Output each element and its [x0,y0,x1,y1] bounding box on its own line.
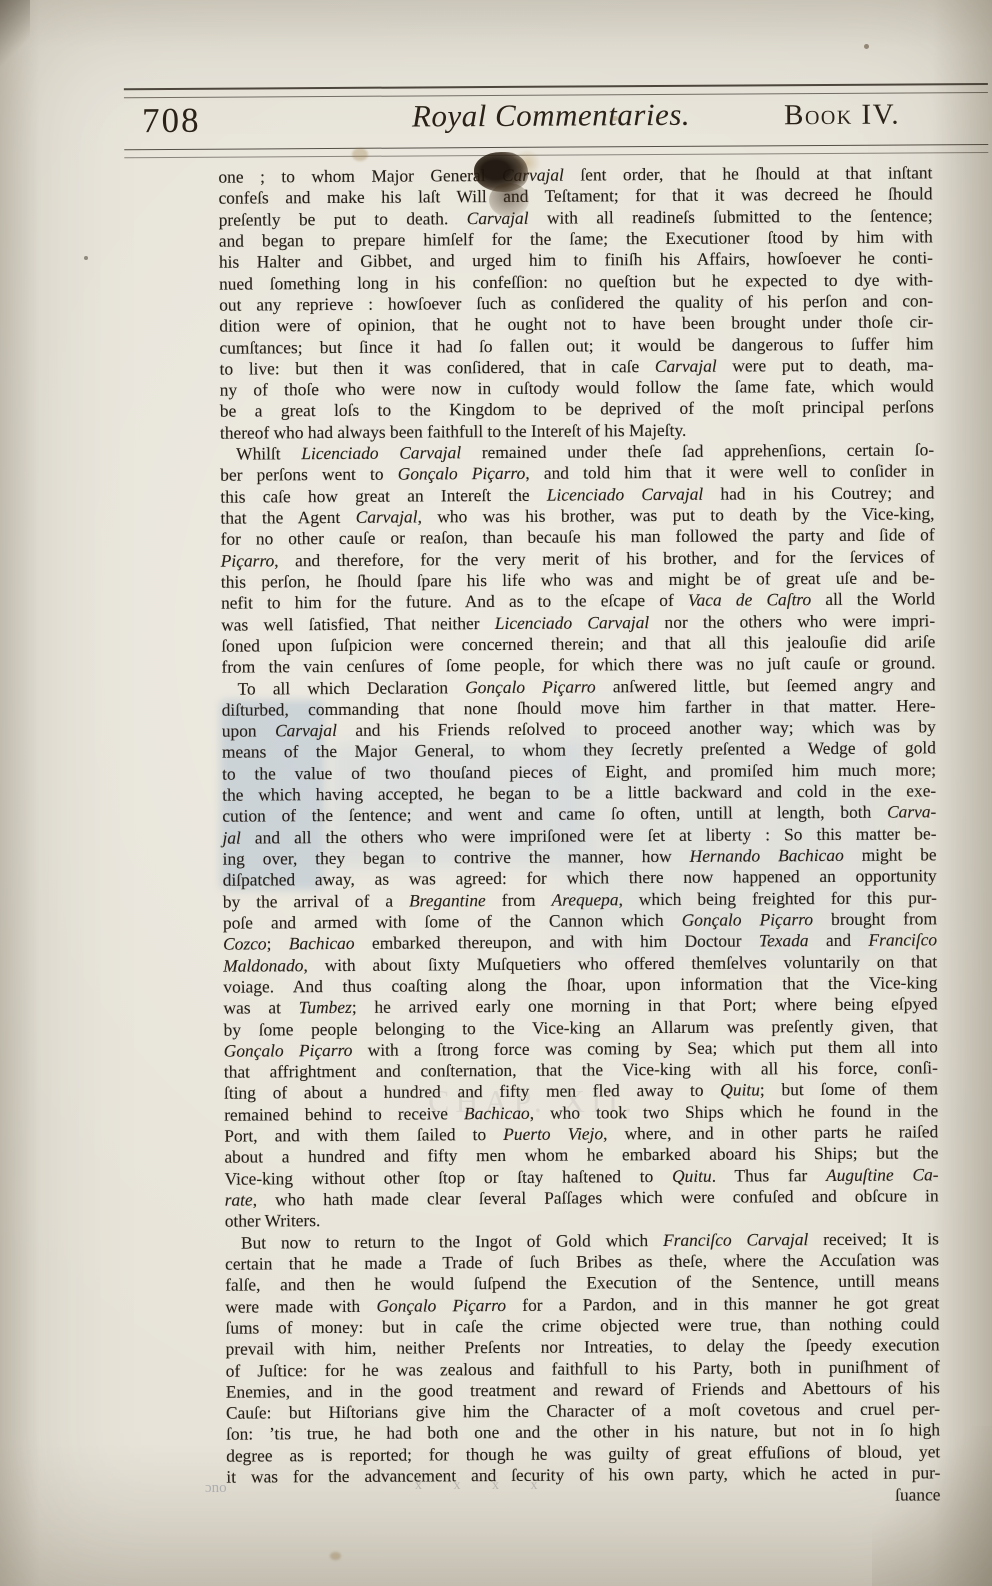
text-line: be a great loſs to the Kingdom to be dep… [220,397,934,423]
paragraph: one ; to whom Major General Carvajal ſen… [218,162,934,443]
page-number: 708 [142,101,201,141]
page-corner-shadow [0,0,30,80]
paragraph: But now to return to the Ingot of Gold w… [225,1228,941,1488]
book-label: Book IV. [784,99,900,133]
book-page-photo: CHAP. XII. 708 Royal Commentaries. Book … [0,0,992,1586]
page-header: 708 Royal Commentaries. Book IV. [0,0,987,3]
page-corner-shadow [872,1426,992,1586]
header-top-rule [124,83,988,98]
body-text: one ; to whom Major General Carvajal ſen… [218,162,940,1488]
catchword: ſuance [226,1484,940,1509]
paragraph: To all which Declaration Gonçalo Piçarro… [221,674,938,1232]
header-bottom-rule [124,144,988,158]
page-content: 708 Royal Commentaries. Book IV. one ; t… [0,0,992,1586]
running-title: Royal Commentaries. [296,96,806,135]
paragraph: Whilſt Licenciado Carvajal remained unde… [220,439,935,678]
ink-stain-smudge [489,183,529,217]
